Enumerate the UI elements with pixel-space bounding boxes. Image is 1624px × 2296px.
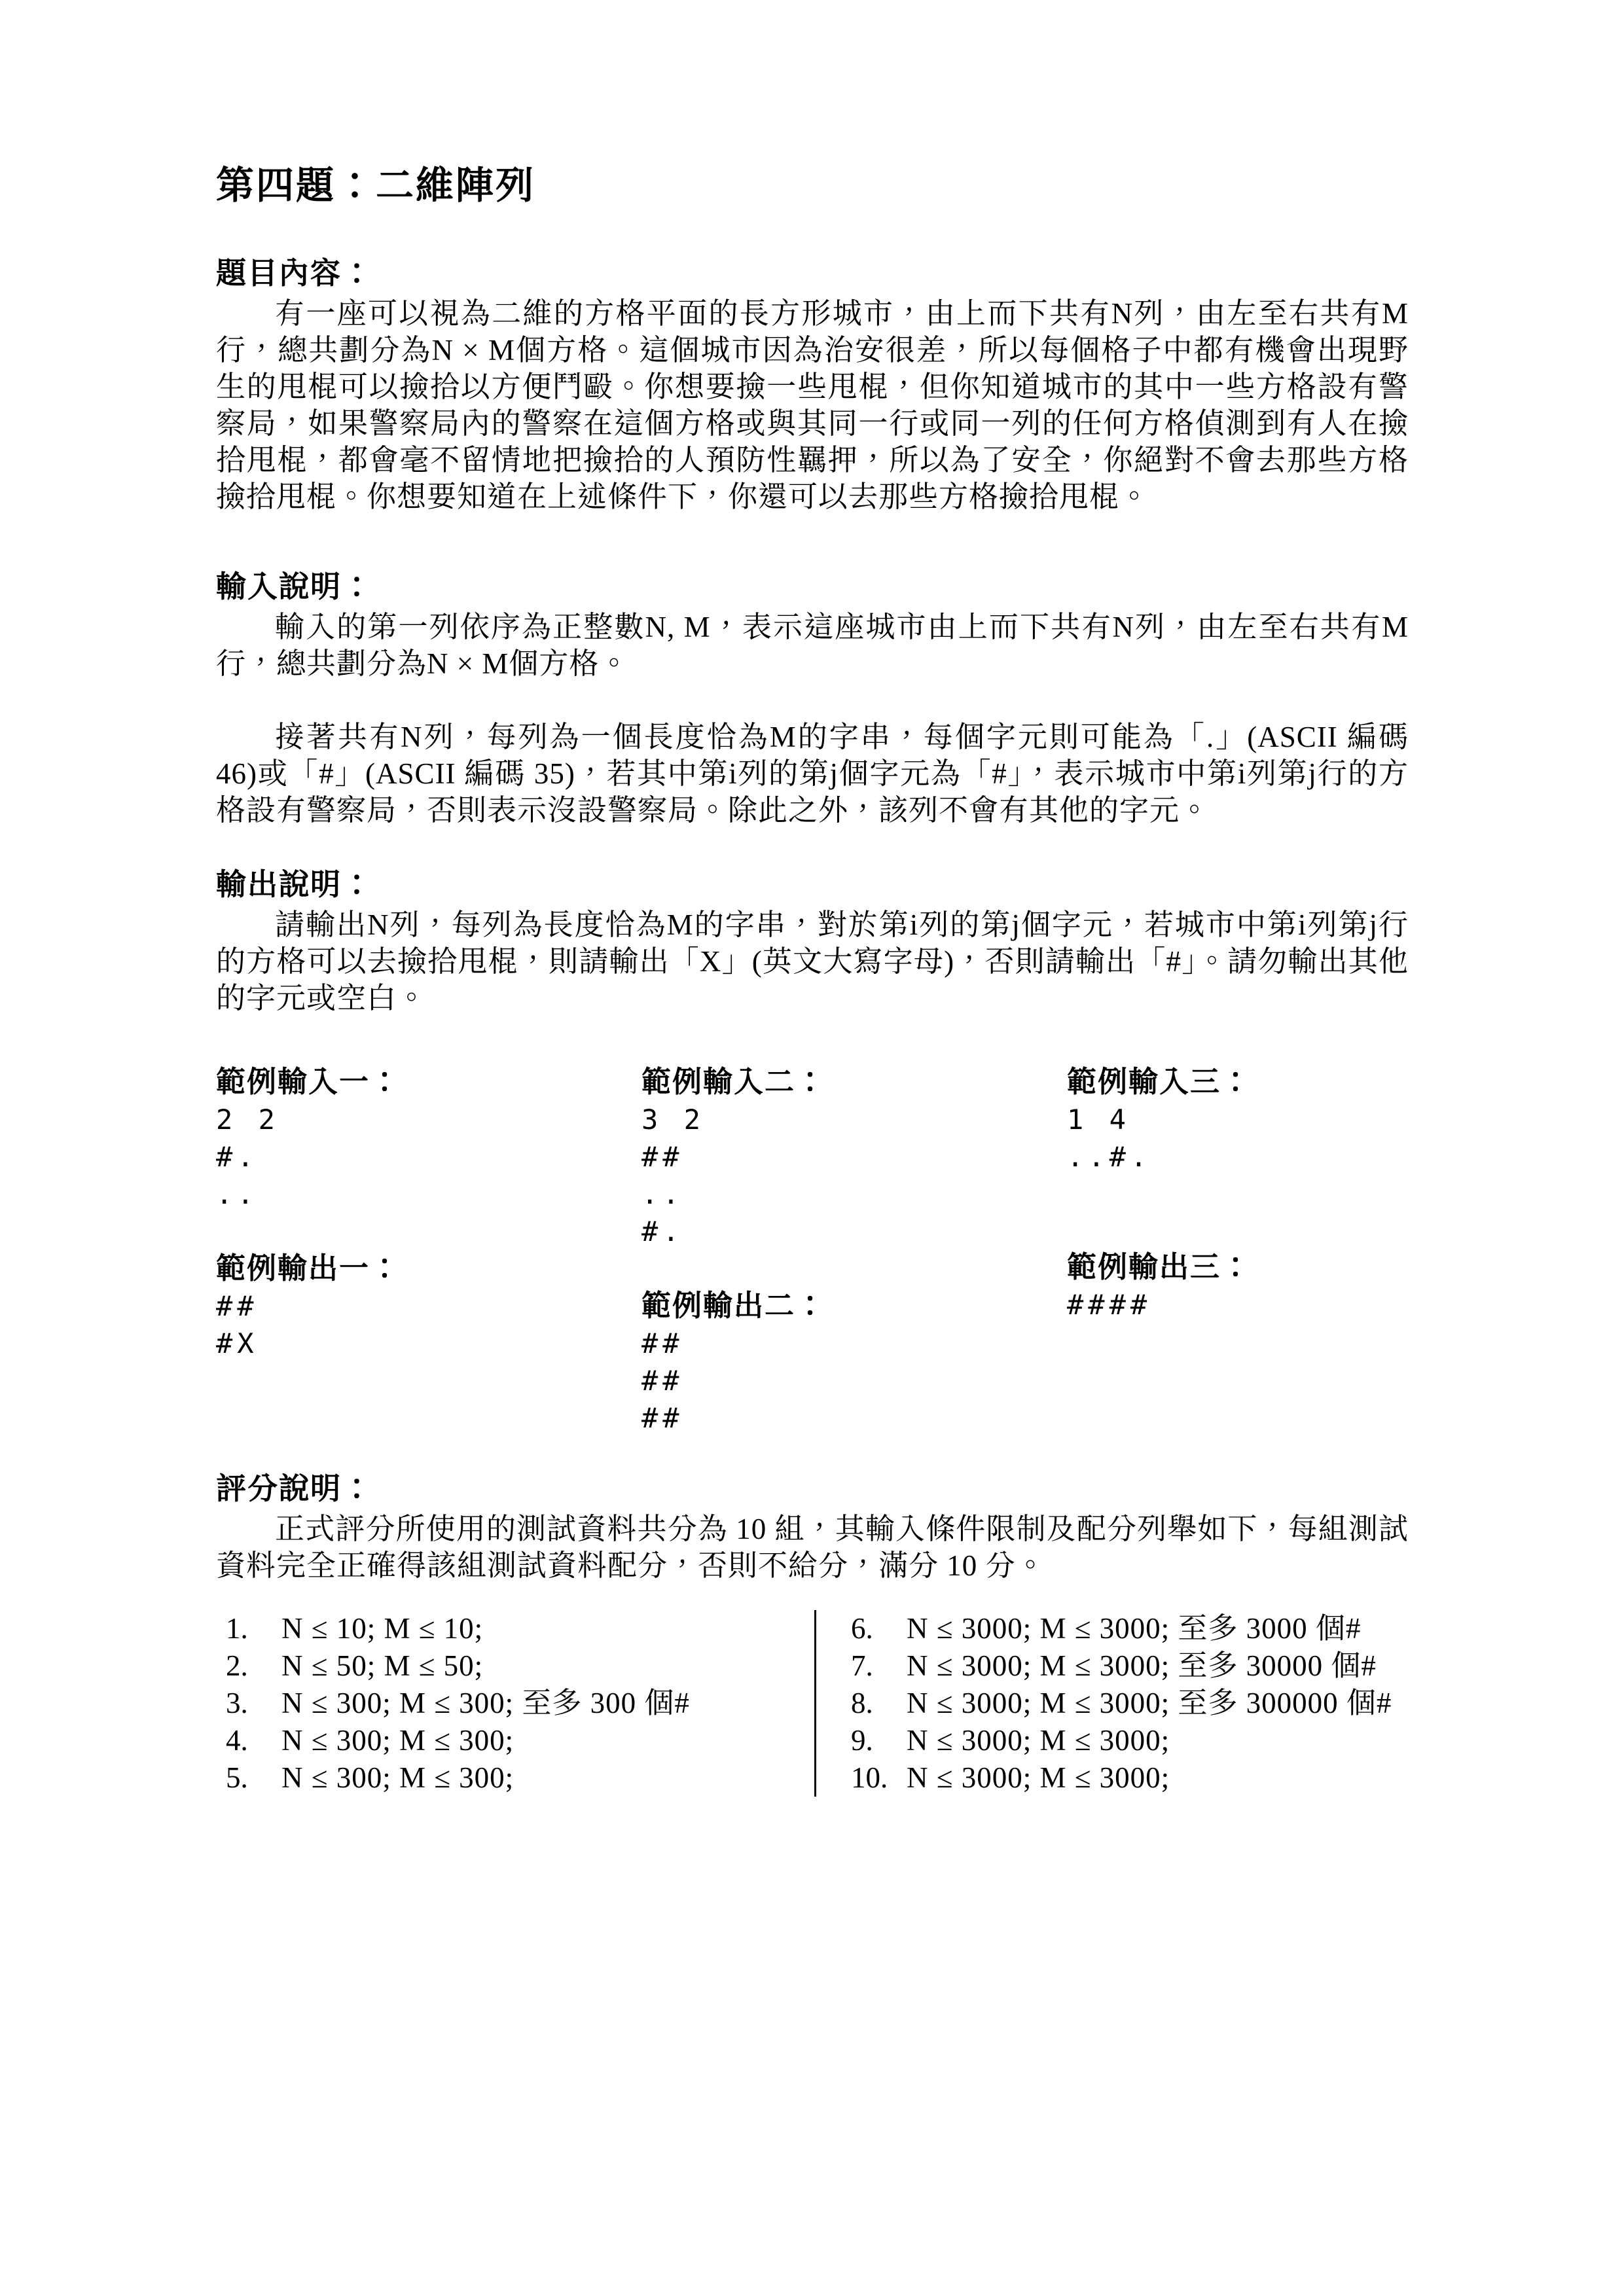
problem-heading: 題目內容： [216,255,1409,291]
sample-output-block-1: 範例輸出一： ## #X [216,1250,641,1362]
section-output-spec: 輸出說明： 請輸出N列，每列為長度恰為M的字串，對於第i列的第j個字元，若城市中… [216,867,1409,1016]
document-page: 第四題：二維陣列 題目內容： 有一座可以視為二維的方格平面的長方形城市，由上而下… [0,0,1624,2296]
sample-column-3: 範例輸入三： 1 4 ..#. 範例輸出三： #### [1067,1064,1409,1437]
subtask-item-8: 8. N ≤ 3000; M ≤ 3000; 至多 300000 個# [841,1685,1409,1722]
sample-input-label-1: 範例輸入一： [216,1064,641,1101]
subtask-text-10: N ≤ 3000; M ≤ 3000; [907,1759,1409,1797]
subtask-number-3: 3. [216,1685,281,1722]
sample-column-1: 範例輸入一： 2 2 #. .. 範例輸出一： ## #X [216,1064,641,1437]
sample-output-2-line-2: ## [641,1362,1067,1399]
input-spec-paragraph-1: 輸入的第一列依序為正整數N, M，表示這座城市由上而下共有N列，由左至右共有M行… [216,609,1409,682]
page-title: 第四題：二維陣列 [216,162,1409,209]
sample-input-2-line-1: 3 2 [641,1101,1067,1138]
subtask-number-2: 2. [216,1647,281,1685]
subtask-item-6: 6. N ≤ 3000; M ≤ 3000; 至多 3000 個# [841,1610,1409,1647]
sample-output-block-3: 範例輸出三： #### [1067,1249,1409,1323]
subtask-text-7: N ≤ 3000; M ≤ 3000; 至多 30000 個# [907,1647,1409,1685]
subtask-number-9: 9. [841,1722,907,1759]
subtask-text-3: N ≤ 300; M ≤ 300; 至多 300 個# [281,1685,814,1722]
subtask-number-5: 5. [216,1759,281,1797]
subtask-text-9: N ≤ 3000; M ≤ 3000; [907,1722,1409,1759]
scoring-heading: 評分說明： [216,1471,1409,1507]
subtask-column-right: 6. N ≤ 3000; M ≤ 3000; 至多 3000 個# 7. N ≤… [816,1610,1409,1797]
scoring-paragraph: 正式評分所使用的測試資料共分為 10 組，其輸入條件限制及配分列舉如下，每組測試… [216,1511,1409,1584]
sample-input-label-2: 範例輸入二： [641,1064,1067,1101]
sample-output-label-3: 範例輸出三： [1067,1249,1409,1286]
subtask-number-7: 7. [841,1647,907,1685]
subtask-text-5: N ≤ 300; M ≤ 300; [281,1759,814,1797]
subtask-table: 1. N ≤ 10; M ≤ 10; 2. N ≤ 50; M ≤ 50; 3.… [216,1610,1409,1797]
sample-input-3-line-2: ..#. [1067,1138,1409,1175]
sample-input-2-line-2: ## [641,1138,1067,1175]
subtask-number-10: 10. [841,1759,907,1797]
subtask-item-5: 5. N ≤ 300; M ≤ 300; [216,1759,814,1797]
sample-column-2: 範例輸入二： 3 2 ## .. #. 範例輸出二： ## ## ## [641,1064,1067,1437]
subtask-text-6: N ≤ 3000; M ≤ 3000; 至多 3000 個# [907,1610,1409,1647]
subtask-text-2: N ≤ 50; M ≤ 50; [281,1647,814,1685]
sample-output-1-line-2: #X [216,1325,641,1362]
subtask-number-4: 4. [216,1722,281,1759]
sample-output-2-line-1: ## [641,1325,1067,1362]
sample-input-1-line-1: 2 2 [216,1101,641,1138]
subtask-item-3: 3. N ≤ 300; M ≤ 300; 至多 300 個# [216,1685,814,1722]
section-input-spec: 輸入說明： 輸入的第一列依序為正整數N, M，表示這座城市由上而下共有N列，由左… [216,569,1409,829]
sample-output-3-line-1: #### [1067,1286,1409,1323]
output-spec-heading: 輸出說明： [216,867,1409,903]
subtask-item-4: 4. N ≤ 300; M ≤ 300; [216,1722,814,1759]
subtask-item-2: 2. N ≤ 50; M ≤ 50; [216,1647,814,1685]
sample-input-1-line-2: #. [216,1138,641,1175]
subtask-text-4: N ≤ 300; M ≤ 300; [281,1722,814,1759]
sample-input-label-3: 範例輸入三： [1067,1064,1409,1101]
sample-input-1-line-3: .. [216,1175,641,1213]
sample-output-block-2: 範例輸出二： ## ## ## [641,1287,1067,1437]
section-samples: 範例輸入一： 2 2 #. .. 範例輸出一： ## #X 範例輸入二： 3 2… [216,1064,1409,1437]
subtask-item-10: 10. N ≤ 3000; M ≤ 3000; [841,1759,1409,1797]
problem-paragraph: 有一座可以視為二維的方格平面的長方形城市，由上而下共有N列，由左至右共有M行，總… [216,295,1409,515]
page-content: 第四題：二維陣列 題目內容： 有一座可以視為二維的方格平面的長方形城市，由上而下… [216,162,1409,1797]
sample-output-label-2: 範例輸出二： [641,1287,1067,1325]
subtask-number-1: 1. [216,1610,281,1647]
sample-output-label-1: 範例輸出一： [216,1250,641,1287]
input-spec-heading: 輸入說明： [216,569,1409,605]
subtask-column-left: 1. N ≤ 10; M ≤ 10; 2. N ≤ 50; M ≤ 50; 3.… [216,1610,814,1797]
subtask-number-6: 6. [841,1610,907,1647]
sample-input-2-line-3: .. [641,1175,1067,1213]
input-spec-paragraph-2: 接著共有N列，每列為一個長度恰為M的字串，每個字元則可能為「.」(ASCII 編… [216,719,1409,829]
subtask-item-7: 7. N ≤ 3000; M ≤ 3000; 至多 30000 個# [841,1647,1409,1685]
section-scoring: 評分說明： 正式評分所使用的測試資料共分為 10 組，其輸入條件限制及配分列舉如… [216,1471,1409,1797]
subtask-number-8: 8. [841,1685,907,1722]
sample-output-1-line-1: ## [216,1287,641,1325]
output-spec-paragraph: 請輸出N列，每列為長度恰為M的字串，對於第i列的第j個字元，若城市中第i列第j行… [216,906,1409,1016]
section-problem: 題目內容： 有一座可以視為二維的方格平面的長方形城市，由上而下共有N列，由左至右… [216,255,1409,515]
sample-input-2-line-4: #. [641,1213,1067,1250]
sample-input-3-line-1: 1 4 [1067,1101,1409,1138]
subtask-item-9: 9. N ≤ 3000; M ≤ 3000; [841,1722,1409,1759]
subtask-text-1: N ≤ 10; M ≤ 10; [281,1610,814,1647]
subtask-text-8: N ≤ 3000; M ≤ 3000; 至多 300000 個# [907,1685,1409,1722]
sample-output-2-line-3: ## [641,1399,1067,1437]
subtask-item-1: 1. N ≤ 10; M ≤ 10; [216,1610,814,1647]
